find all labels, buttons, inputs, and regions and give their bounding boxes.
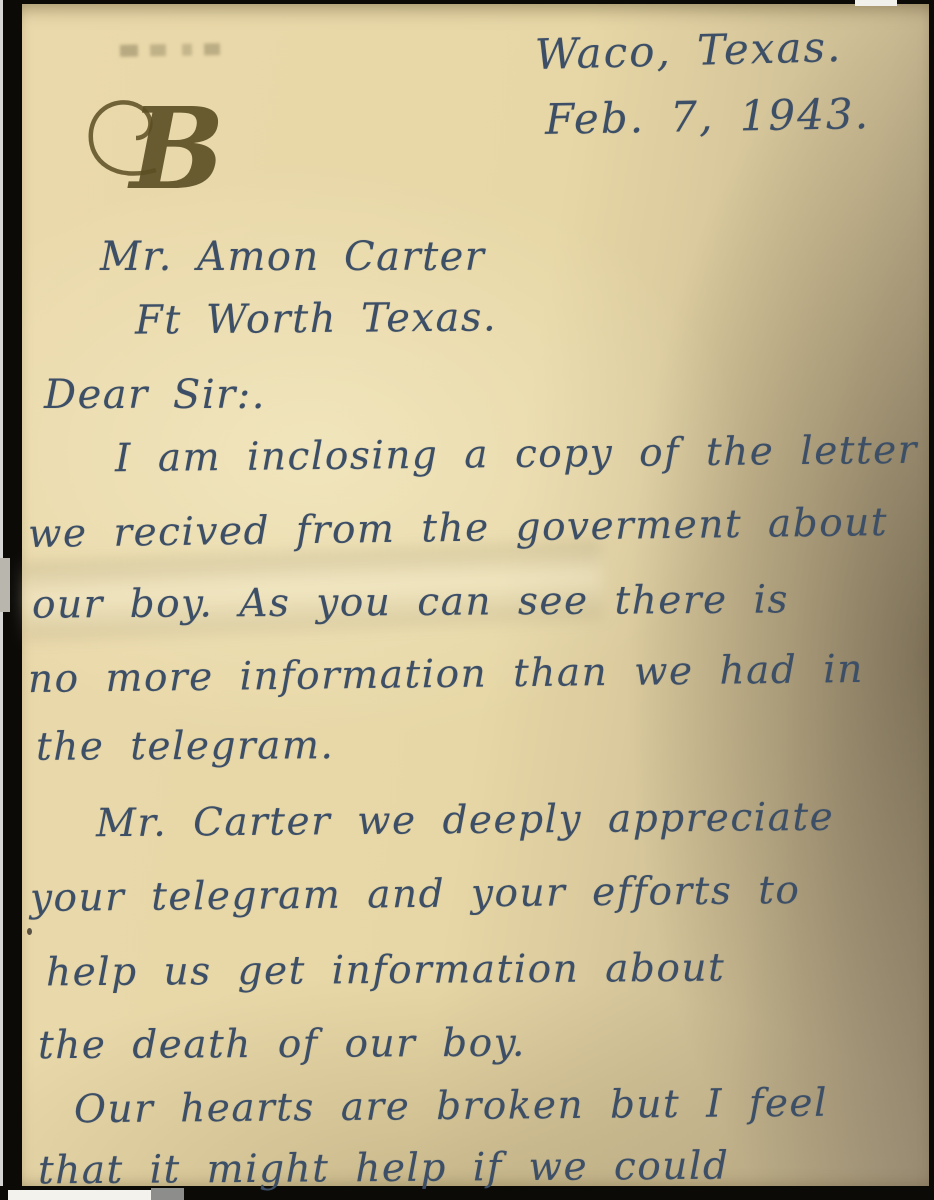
salutation: Dear Sir:.: [44, 372, 266, 418]
faint-smudge: [120, 43, 220, 57]
ink-speck: [27, 928, 32, 935]
body-line: our boy. As you can see there is: [32, 577, 789, 627]
body-line: I am inclosing a copy of the letter: [115, 428, 918, 481]
scan-top-notch: [855, 0, 897, 6]
body-line: Our hearts are broken but I feel: [74, 1081, 828, 1133]
dateline-city: Waco, Texas.: [534, 22, 842, 79]
monogram-letter: B: [127, 84, 225, 215]
recipient-city: Ft Worth Texas.: [135, 294, 497, 343]
body-line: the telegram.: [36, 723, 335, 770]
monogram-b: B: [78, 66, 228, 216]
body-line: Mr. Carter we deeply appreciate: [96, 795, 835, 846]
body-line: your telegram and your efforts to: [30, 868, 801, 921]
body-line: help us get information about: [46, 946, 725, 996]
scan-edge-patch: [0, 558, 10, 612]
body-line: that it might help if we could: [38, 1144, 730, 1194]
body-line: the death of our boy.: [38, 1021, 526, 1069]
letter-scan: B Waco, Texas. Feb. 7, 1943. Mr. Amon Ca…: [0, 0, 934, 1200]
dateline-date: Feb. 7, 1943.: [545, 89, 871, 144]
recipient-name: Mr. Amon Carter: [100, 234, 485, 280]
